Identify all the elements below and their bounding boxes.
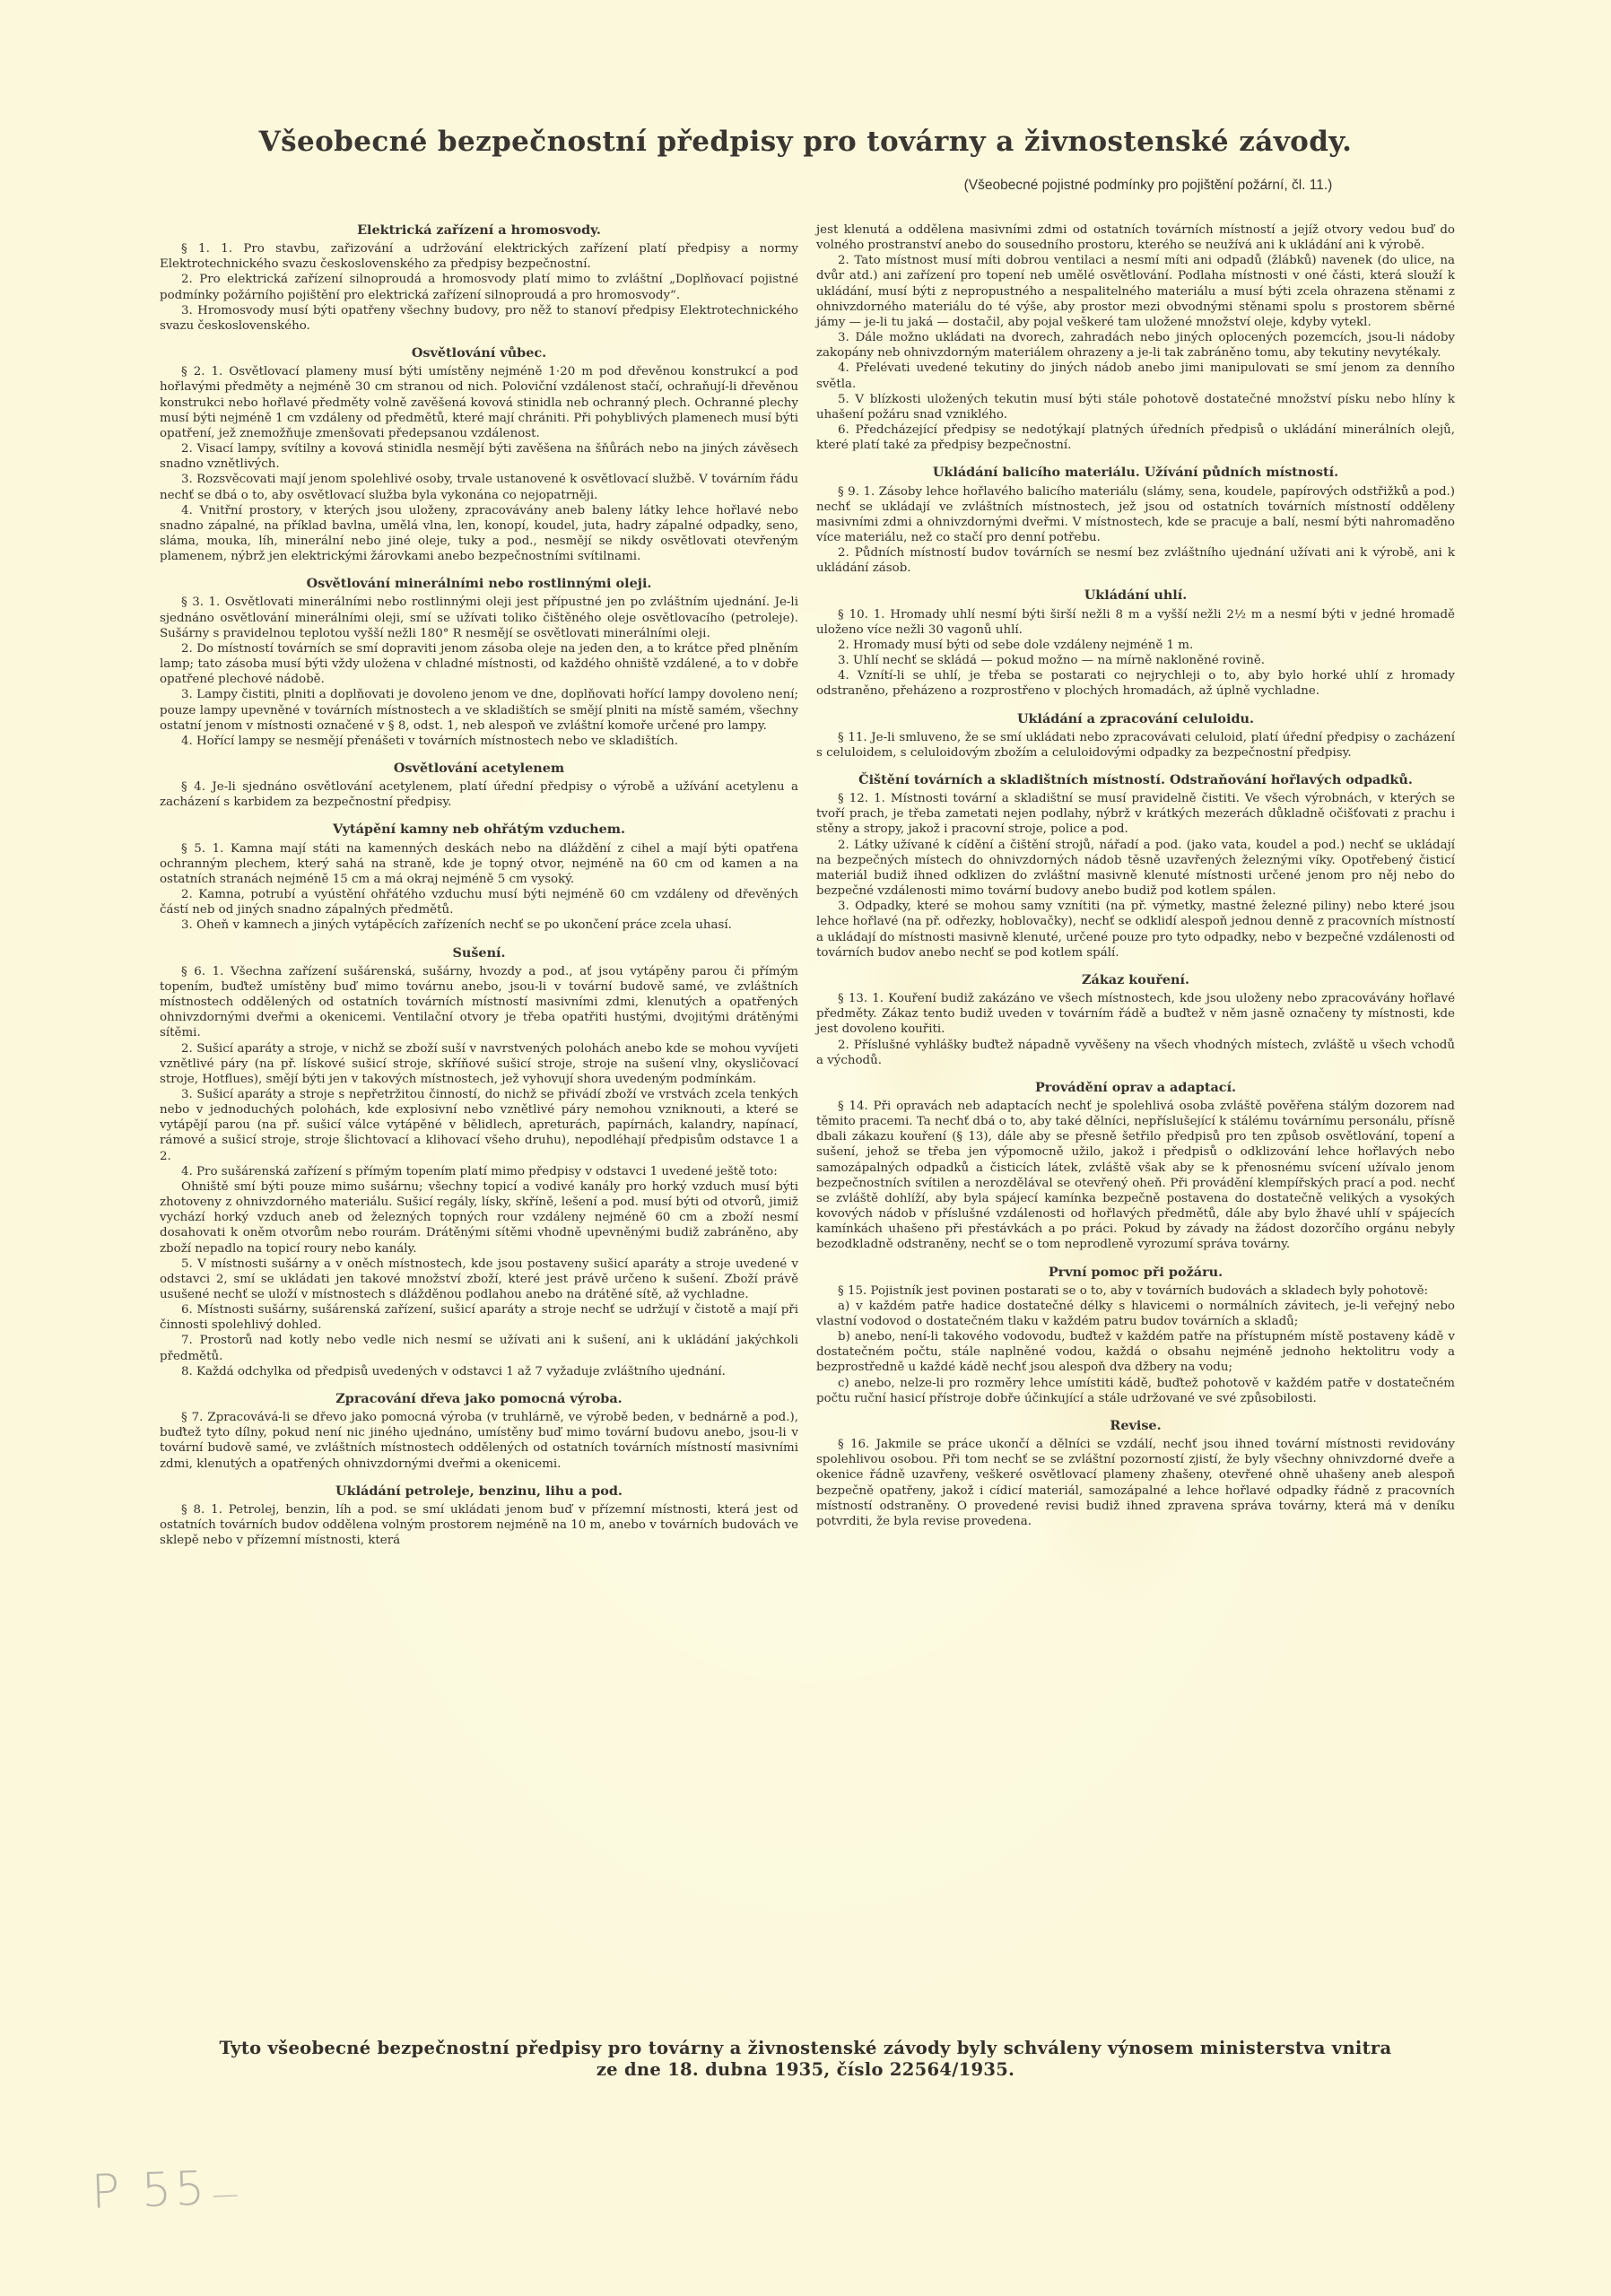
section-paragraph: 3. Dále možno ukládati na dvorech, zahra… <box>816 330 1455 361</box>
section-paragraph: 3. Lampy čistiti, plniti a doplňovati je… <box>160 687 798 733</box>
section-heading: Zákaz kouření. <box>816 972 1455 987</box>
footer-line-1: Tyto všeobecné bezpečnostní předpisy pro… <box>99 2038 1512 2059</box>
section-paragraph: 3. Odpadky, které se mohou samy vznítiti… <box>816 899 1455 961</box>
section-paragraph: 4. Hořící lampy se nesmějí přenášeti v t… <box>160 734 798 749</box>
section-paragraph: § 10. 1. Hromady uhlí nesmí býti širší n… <box>816 607 1455 638</box>
section-heading: Vytápění kamny neb ohřátým vzduchem. <box>160 822 798 837</box>
section-paragraph: 2. Sušicí aparáty a stroje, v nichž se z… <box>160 1041 798 1087</box>
section-paragraph: 2. Příslušné vyhlášky buďtež nápadně vyv… <box>816 1038 1455 1068</box>
section-paragraph: jest klenutá a oddělena masivními zdmi o… <box>816 222 1455 253</box>
section-paragraph: § 11. Je-li smluveno, že se smí ukládati… <box>816 730 1455 761</box>
handwritten-note-text: P 55 <box>91 2161 209 2220</box>
section-paragraph: 3. Oheň v kamnech a jiných vytápěcích za… <box>160 918 798 933</box>
section-paragraph: 2. Tato místnost musí míti dobrou ventil… <box>816 253 1455 330</box>
section-paragraph: 4. Pro sušárenská zařízení s přímým tope… <box>160 1164 798 1179</box>
section-paragraph: § 2. 1. Osvětlovací plameny musí býti um… <box>160 364 798 441</box>
section-heading: Sušení. <box>160 945 798 961</box>
section-paragraph: 8. Každá odchylka od předpisů uvedených … <box>160 1364 798 1379</box>
section-paragraph: 2. Kamna, potrubí a vyústění ohřátého vz… <box>160 887 798 918</box>
section-heading: Provádění oprav a adaptací. <box>816 1080 1455 1095</box>
section-heading: Osvětlování minerálními nebo rostlinnými… <box>160 576 798 591</box>
document-page: Všeobecné bezpečnostní předpisy pro tová… <box>0 0 1611 2296</box>
section-paragraph: § 4. Je-li sjednáno osvětlování acetylen… <box>160 779 798 810</box>
handwritten-note-dash: — <box>212 2179 243 2211</box>
footer-line-2: ze dne 18. dubna 1935, číslo 22564/1935. <box>99 2059 1512 2081</box>
section-paragraph: § 8. 1. Petrolej, benzin, líh a pod. se … <box>160 1502 798 1548</box>
section-paragraph: 3. Sušicí aparáty a stroje s nepřetržito… <box>160 1087 798 1164</box>
section-paragraph: 7. Prostorů nad kotly nebo vedle nich ne… <box>160 1333 798 1363</box>
section-paragraph: 6. Předcházející předpisy se nedotýkají … <box>816 422 1455 453</box>
section-paragraph: § 16. Jakmile se práce ukončí a dělníci … <box>816 1437 1455 1529</box>
section-paragraph: 5. V blízkosti uložených tekutin musí bý… <box>816 392 1455 422</box>
section-paragraph: b) anebo, není-li takového vodovodu, buď… <box>816 1329 1455 1375</box>
section-heading: Ukládání uhlí. <box>816 587 1455 603</box>
section-paragraph: 4. Vznítí-li se uhlí, je třeba se postar… <box>816 668 1455 699</box>
left-column: Elektrická zařízení a hromosvody.§ 1. 1.… <box>160 222 798 1548</box>
section-paragraph: 2. Do místností továrních se smí dopravi… <box>160 641 798 687</box>
approval-footer: Tyto všeobecné bezpečnostní předpisy pro… <box>99 2038 1512 2081</box>
section-heading: Čištění továrních a skladištních místnos… <box>816 772 1455 787</box>
section-paragraph: § 15. Pojistník jest povinen postarati s… <box>816 1283 1455 1299</box>
section-paragraph: 2. Látky užívané k cídění a čištění stro… <box>816 838 1455 900</box>
section-paragraph: 2. Půdních místností budov továrních se … <box>816 545 1455 576</box>
section-paragraph: 3. Hromosvody musí býti opatřeny všechny… <box>160 303 798 334</box>
section-paragraph: § 12. 1. Místnosti tovární a skladištní … <box>816 791 1455 837</box>
section-heading: Elektrická zařízení a hromosvody. <box>160 222 798 238</box>
right-column: jest klenutá a oddělena masivními zdmi o… <box>816 222 1455 1529</box>
section-paragraph: 6. Místnosti sušárny, sušárenská zařízen… <box>160 1302 798 1333</box>
section-paragraph: § 6. 1. Všechna zařízení sušárenská, suš… <box>160 964 798 1041</box>
section-paragraph: 2. Pro elektrická zařízení silnoproudá a… <box>160 272 798 302</box>
section-paragraph: § 3. 1. Osvětlovati minerálními nebo ros… <box>160 595 798 640</box>
section-heading: Revise. <box>816 1418 1455 1433</box>
section-paragraph: § 1. 1. Pro stavbu, zařizování a udržová… <box>160 241 798 272</box>
document-title: Všeobecné bezpečnostní předpisy pro tová… <box>0 126 1611 158</box>
section-heading: Ukládání petroleje, benzinu, lihu a pod. <box>160 1483 798 1499</box>
section-paragraph: 4. Vnitřní prostory, v kterých jsou ulož… <box>160 503 798 565</box>
section-heading: Ukládání a zpracování celuloidu. <box>816 711 1455 726</box>
section-heading: Osvětlování vůbec. <box>160 345 798 361</box>
section-paragraph: Ohniště smí býti pouze mimo sušárnu; vše… <box>160 1179 798 1257</box>
section-paragraph: § 14. Při opravách neb adaptacích nechť … <box>816 1099 1455 1253</box>
section-paragraph: 5. V místnosti sušárny a v oněch místnos… <box>160 1257 798 1302</box>
section-paragraph: 4. Přelévati uvedené tekutiny do jiných … <box>816 361 1455 391</box>
section-heading: Ukládání balicího materiálu. Užívání půd… <box>816 465 1455 480</box>
document-subtitle: (Všeobecné pojistné podmínky pro pojiště… <box>798 178 1498 194</box>
section-paragraph: 3. Uhlí nechť se skládá — pokud možno — … <box>816 653 1455 668</box>
section-heading: Zpracování dřeva jako pomocná výroba. <box>160 1391 798 1406</box>
section-paragraph: c) anebo, nelze-li pro rozměry lehce umí… <box>816 1376 1455 1406</box>
section-paragraph: 2. Hromady musí býti od sebe dole vzdále… <box>816 638 1455 653</box>
section-paragraph: a) v každém patře hadice dostatečné délk… <box>816 1299 1455 1329</box>
section-paragraph: § 9. 1. Zásoby lehce hořlavého balicího … <box>816 484 1455 546</box>
section-heading: Osvětlování acetylenem <box>160 761 798 776</box>
section-paragraph: § 7. Zpracovává-li se dřevo jako pomocná… <box>160 1410 798 1472</box>
section-heading: První pomoc při požáru. <box>816 1265 1455 1280</box>
section-paragraph: 2. Visací lampy, svítilny a kovová stini… <box>160 441 798 472</box>
section-paragraph: § 5. 1. Kamna mají státi na kamenných de… <box>160 841 798 887</box>
section-paragraph: § 13. 1. Kouření budiž zakázáno ve všech… <box>816 991 1455 1037</box>
section-paragraph: 3. Rozsvěcovati mají jenom spolehlivé os… <box>160 472 798 502</box>
handwritten-pencil-note: P 55— <box>91 2161 243 2220</box>
